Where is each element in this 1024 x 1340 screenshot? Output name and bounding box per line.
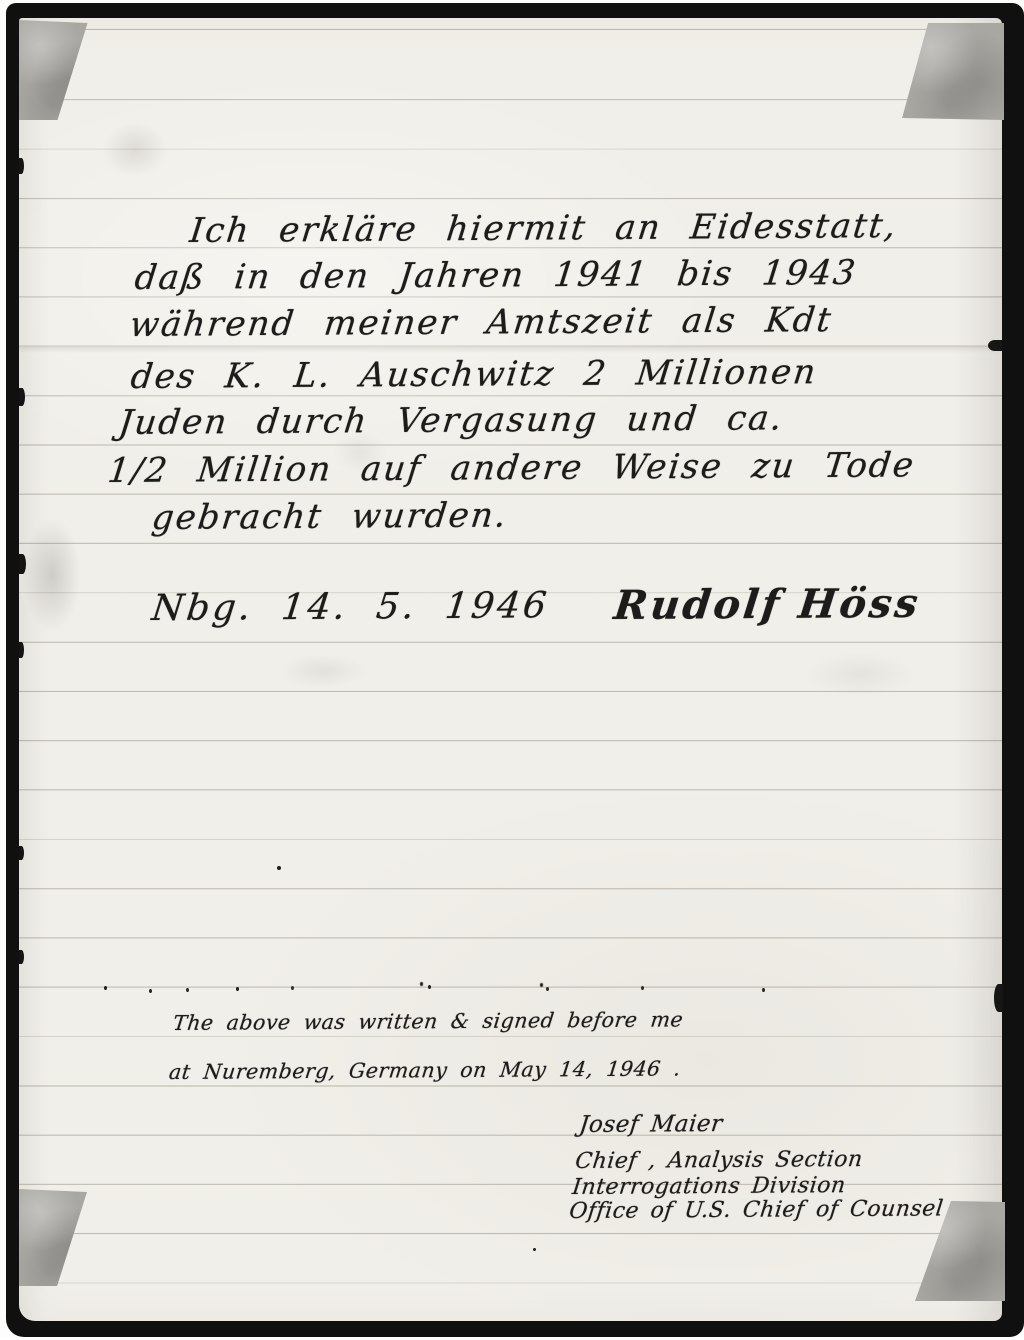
mat-edge-nub xyxy=(19,846,24,860)
smudge-right-center xyxy=(800,650,920,698)
mat-edge-nub xyxy=(19,388,25,406)
statement-line-3: während meiner Amtszeit als Kdt xyxy=(128,303,834,342)
certifier-division: Interrogations Division xyxy=(571,1175,847,1199)
mat-edge-nub xyxy=(19,642,24,658)
smudge-left-edge xyxy=(22,515,82,635)
certifier-signature: Josef Maier xyxy=(578,1113,724,1137)
smudge-below-date xyxy=(275,652,370,690)
hoess-signature: Rudolf Höss xyxy=(612,584,923,626)
certifier-title: Chief , Analysis Section xyxy=(574,1149,864,1173)
place-date: Nbg. 14. 5. 1946 xyxy=(150,588,551,627)
mat-edge-nub xyxy=(19,554,26,574)
certification-line-1: The above was written & signed before me xyxy=(172,1009,684,1033)
ink-dot-bottom xyxy=(533,1248,536,1251)
ink-speck-row xyxy=(104,986,107,990)
certification-line-2: at Nuremberg, Germany on May 14, 1946 . xyxy=(168,1058,682,1082)
statement-line-4: des K. L. Auschwitz 2 Millionen xyxy=(129,355,819,394)
mat-edge-blob xyxy=(988,340,1002,351)
statement-line-5: Juden durch Vergasung und ca. xyxy=(117,401,785,440)
ink-dot-mid-page xyxy=(277,866,281,870)
statement-line-2: daß in den Jahren 1941 bis 1943 xyxy=(133,256,859,295)
certifier-office: Office of U.S. Chief of Counsel xyxy=(568,1198,945,1223)
paper-seam-crease xyxy=(19,347,1002,353)
statement-line-7: gebracht wurden. xyxy=(150,499,510,535)
smudge-top-left xyxy=(100,120,170,180)
mat-edge-blob xyxy=(994,984,1003,1012)
mat-edge-nub xyxy=(19,950,24,964)
mat-edge-nub xyxy=(19,158,24,174)
photographed-document: Ich erkläre hiermit an Eidesstatt, daß i… xyxy=(0,0,1024,1340)
statement-line-6: 1/2 Million auf andere Weise zu Tode xyxy=(106,448,917,488)
statement-line-1: Ich erkläre hiermit an Eidesstatt, xyxy=(188,209,899,248)
